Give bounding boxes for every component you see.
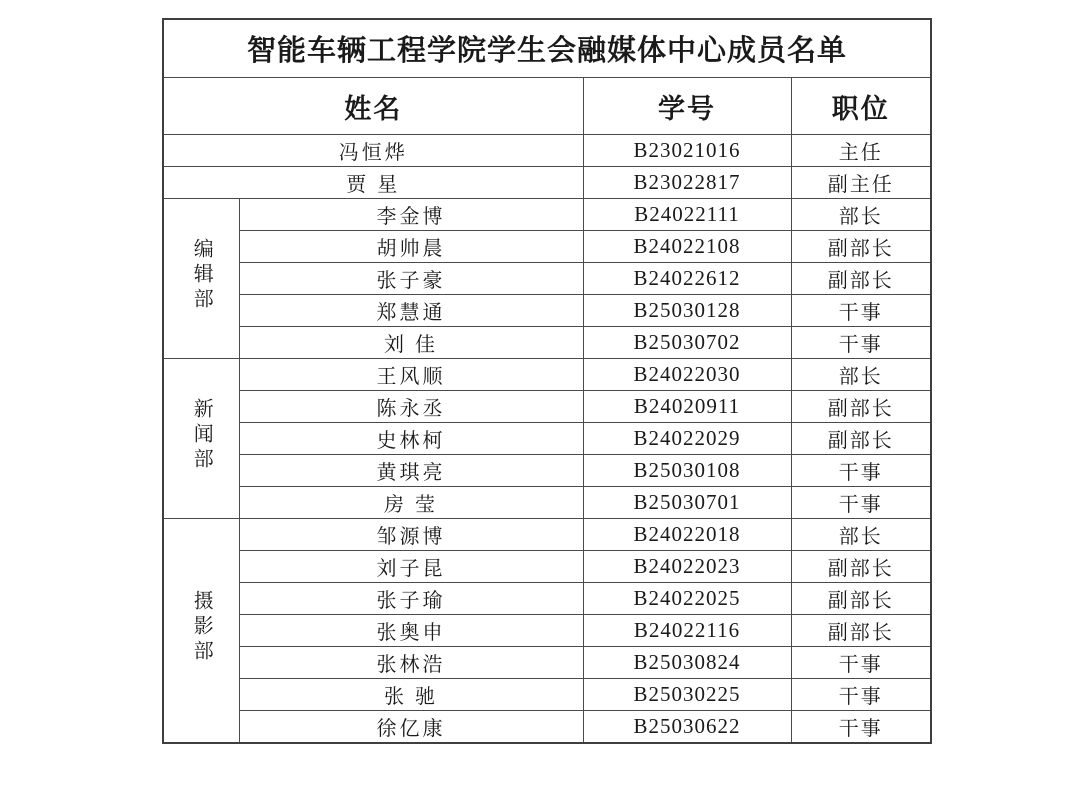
member-name: 张奥申: [239, 615, 583, 647]
table-row: 胡帅晨 B24022108 副部长: [163, 231, 931, 263]
member-name: 刘 佳: [239, 327, 583, 359]
member-student-id: B25030108: [583, 455, 791, 487]
member-position: 主任: [791, 135, 931, 167]
table-row: 徐亿康 B25030622 干事: [163, 711, 931, 744]
member-name: 张子瑜: [239, 583, 583, 615]
table-row: 史林柯 B24022029 副部长: [163, 423, 931, 455]
member-roster-table: 智能车辆工程学院学生会融媒体中心成员名单 姓名 学号 职位 冯恒烨 B23021…: [162, 18, 932, 744]
member-student-id: B25030225: [583, 679, 791, 711]
table-row: 郑慧通 B25030128 干事: [163, 295, 931, 327]
department-label-text: 摄影部: [189, 590, 213, 665]
member-position: 干事: [791, 647, 931, 679]
table-row: 摄影部 邹源博 B24022018 部长: [163, 519, 931, 551]
member-name: 刘子昆: [239, 551, 583, 583]
table-header-row: 姓名 学号 职位: [163, 78, 931, 135]
member-position: 副部长: [791, 615, 931, 647]
document-page: 智能车辆工程学院学生会融媒体中心成员名单 姓名 学号 职位 冯恒烨 B23021…: [0, 0, 1080, 811]
member-student-id: B25030701: [583, 487, 791, 519]
member-position: 干事: [791, 679, 931, 711]
member-name: 张林浩: [239, 647, 583, 679]
member-name: 史林柯: [239, 423, 583, 455]
member-student-id: B24020911: [583, 391, 791, 423]
member-student-id: B24022111: [583, 199, 791, 231]
member-position: 副部长: [791, 263, 931, 295]
member-position: 干事: [791, 295, 931, 327]
member-student-id: B23022817: [583, 167, 791, 199]
table-row: 新闻部 王风顺 B24022030 部长: [163, 359, 931, 391]
department-label-text: 新闻部: [189, 398, 213, 473]
member-position: 部长: [791, 519, 931, 551]
member-name: 胡帅晨: [239, 231, 583, 263]
table-row: 编辑部 李金博 B24022111 部长: [163, 199, 931, 231]
member-name: 邹源博: [239, 519, 583, 551]
department-label-news: 新闻部: [163, 359, 239, 519]
table-title-row: 智能车辆工程学院学生会融媒体中心成员名单: [163, 19, 931, 78]
member-position: 干事: [791, 711, 931, 744]
table-row: 张子豪 B24022612 副部长: [163, 263, 931, 295]
member-name: 冯恒烨: [163, 135, 583, 167]
table-title: 智能车辆工程学院学生会融媒体中心成员名单: [163, 19, 931, 78]
table-row: 张奥申 B24022116 副部长: [163, 615, 931, 647]
member-student-id: B23021016: [583, 135, 791, 167]
member-name: 李金博: [239, 199, 583, 231]
member-student-id: B24022029: [583, 423, 791, 455]
member-position: 副主任: [791, 167, 931, 199]
member-student-id: B24022116: [583, 615, 791, 647]
member-position: 部长: [791, 359, 931, 391]
table-row: 刘 佳 B25030702 干事: [163, 327, 931, 359]
member-student-id: B24022023: [583, 551, 791, 583]
member-student-id: B24022108: [583, 231, 791, 263]
member-student-id: B24022025: [583, 583, 791, 615]
table-row: 刘子昆 B24022023 副部长: [163, 551, 931, 583]
member-name: 房 莹: [239, 487, 583, 519]
member-position: 副部长: [791, 423, 931, 455]
department-label-editorial: 编辑部: [163, 199, 239, 359]
member-position: 干事: [791, 487, 931, 519]
department-label-text: 编辑部: [189, 238, 213, 313]
member-position: 副部长: [791, 583, 931, 615]
column-header-position: 职位: [791, 78, 931, 135]
table-row: 黄琪亮 B25030108 干事: [163, 455, 931, 487]
member-student-id: B25030702: [583, 327, 791, 359]
member-student-id: B25030824: [583, 647, 791, 679]
member-student-id: B24022030: [583, 359, 791, 391]
member-name: 张子豪: [239, 263, 583, 295]
table-row: 张林浩 B25030824 干事: [163, 647, 931, 679]
table-row: 陈永丞 B24020911 副部长: [163, 391, 931, 423]
member-position: 副部长: [791, 231, 931, 263]
member-student-id: B25030128: [583, 295, 791, 327]
table-row: 贾 星 B23022817 副主任: [163, 167, 931, 199]
column-header-name: 姓名: [163, 78, 583, 135]
department-label-photography: 摄影部: [163, 519, 239, 744]
member-position: 副部长: [791, 391, 931, 423]
member-name: 郑慧通: [239, 295, 583, 327]
table-row: 冯恒烨 B23021016 主任: [163, 135, 931, 167]
member-name: 陈永丞: [239, 391, 583, 423]
member-name: 徐亿康: [239, 711, 583, 744]
table-row: 张 驰 B25030225 干事: [163, 679, 931, 711]
member-name: 黄琪亮: [239, 455, 583, 487]
table-row: 张子瑜 B24022025 副部长: [163, 583, 931, 615]
member-position: 副部长: [791, 551, 931, 583]
member-name: 贾 星: [163, 167, 583, 199]
member-student-id: B25030622: [583, 711, 791, 744]
member-student-id: B24022018: [583, 519, 791, 551]
member-name: 张 驰: [239, 679, 583, 711]
member-name: 王风顺: [239, 359, 583, 391]
member-position: 干事: [791, 327, 931, 359]
table-row: 房 莹 B25030701 干事: [163, 487, 931, 519]
column-header-student-id: 学号: [583, 78, 791, 135]
member-position: 部长: [791, 199, 931, 231]
member-student-id: B24022612: [583, 263, 791, 295]
member-position: 干事: [791, 455, 931, 487]
